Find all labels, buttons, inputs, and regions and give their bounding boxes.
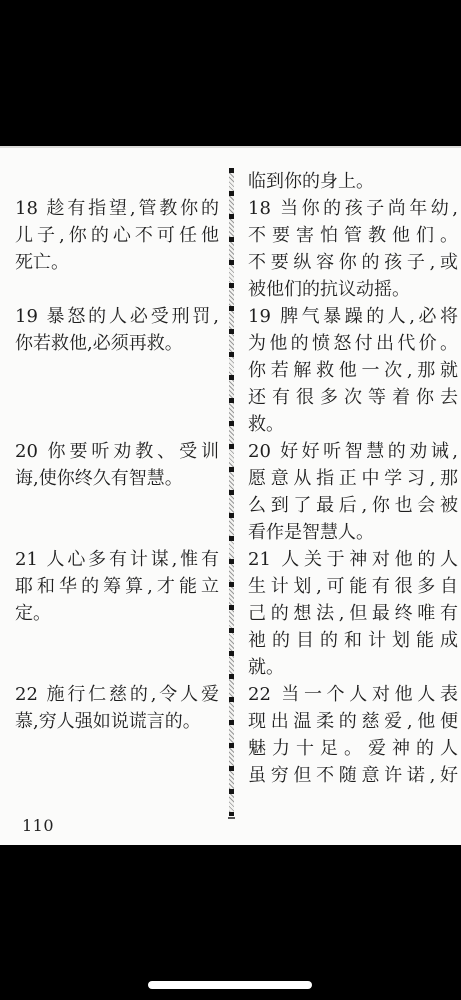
verse-row: 19 暴怒的人必受刑罚,你若救他,必须再救。19 脾气暴躁的人,必将为他的愤怒付… — [15, 303, 461, 438]
text-line: 22 当一个人对他人表 — [248, 681, 458, 708]
verse-cell-right: 22 当一个人对他人表现出温柔的慈爱,他便魅力十足。爱神的人虽穷但不随意许诺,好 — [248, 681, 458, 789]
verse-cell-left: 21 人心多有计谋,惟有耶和华的筹算,才能立定。 — [15, 546, 219, 681]
text-line: 21 人心多有计谋,惟有 — [15, 546, 219, 573]
verse-cell-left: 19 暴怒的人必受刑罚,你若救他,必须再救。 — [15, 303, 219, 438]
text-line: 19 暴怒的人必受刑罚, — [15, 303, 219, 330]
verse-cell-right: 临到你的身上。 — [248, 168, 458, 195]
verse-cell-left: 18 趁有指望,管教你的儿子,你的心不可任他死亡。 — [15, 195, 219, 303]
verse-row: 21 人心多有计谋,惟有耶和华的筹算,才能立定。21 人关于神对他的人生计划,可… — [15, 546, 461, 681]
verse-row: 临到你的身上。 — [15, 168, 461, 195]
text-line: 19 脾气暴躁的人,必将 — [248, 303, 458, 330]
text-line: 己的想法,但最终唯有 — [248, 600, 458, 627]
text-line: 21 人关于神对他的人 — [248, 546, 458, 573]
text-line: 现出温柔的慈爱,他便 — [248, 708, 458, 735]
top-letterbox — [0, 0, 461, 146]
verse-cell-right: 20 好好听智慧的劝诫,愿意从指正中学习,那么到了最后,你也会被看作是智慧人。 — [248, 438, 458, 546]
text-line: 临到你的身上。 — [248, 168, 458, 195]
verse-row: 20 你要听劝教、受训诲,使你终久有智慧。20 好好听智慧的劝诫,愿意从指正中学… — [15, 438, 461, 546]
text-line: 慕,穷人强如说谎言的。 — [15, 708, 219, 735]
text-line: 还有很多次等着你去 — [248, 384, 458, 411]
text-line: 22 施行仁慈的,令人爱 — [15, 681, 219, 708]
text-line: 耶和华的筹算,才能立 — [15, 573, 219, 600]
home-indicator[interactable] — [148, 981, 312, 989]
text-line: 被他们的抗议动摇。 — [248, 276, 458, 303]
book-page: 临到你的身上。18 趁有指望,管教你的儿子,你的心不可任他死亡。18 当你的孩子… — [0, 146, 461, 845]
text-line: 祂的目的和计划能成 — [248, 627, 458, 654]
text-line: 死亡。 — [15, 249, 219, 276]
text-line: 虽穷但不随意许诺,好 — [248, 762, 458, 789]
verse-cell-left: 20 你要听劝教、受训诲,使你终久有智慧。 — [15, 438, 219, 546]
verse-cell-right: 21 人关于神对他的人生计划,可能有很多自己的想法,但最终唯有祂的目的和计划能成… — [248, 546, 458, 681]
text-line: 愿意从指正中学习,那 — [248, 465, 458, 492]
text-line: 生计划,可能有很多自 — [248, 573, 458, 600]
text-line: 么到了最后,你也会被 — [248, 492, 458, 519]
text-line: 不要纵容你的孩子,或 — [248, 249, 458, 276]
text-line: 为他的愤怒付出代价。 — [248, 330, 458, 357]
verse-cell-right: 18 当你的孩子尚年幼,不要害怕管教他们。不要纵容你的孩子,或被他们的抗议动摇。 — [248, 195, 458, 303]
text-line: 18 趁有指望,管教你的 — [15, 195, 219, 222]
verse-cell-right: 19 脾气暴躁的人,必将为他的愤怒付出代价。你若解救他一次,那就还有很多次等着你… — [248, 303, 458, 438]
text-line: 定。 — [15, 600, 219, 627]
text-line: 你若救他,必须再救。 — [15, 330, 219, 357]
text-line: 你若解救他一次,那就 — [248, 357, 458, 384]
text-line: 诲,使你终久有智慧。 — [15, 465, 219, 492]
text-line: 就。 — [248, 654, 458, 681]
text-line: 不要害怕管教他们。 — [248, 222, 458, 249]
text-line: 20 好好听智慧的劝诫, — [248, 438, 458, 465]
column-divider-ornament — [229, 168, 234, 816]
text-line: 儿子,你的心不可任他 — [15, 222, 219, 249]
text-line: 20 你要听劝教、受训 — [15, 438, 219, 465]
verse-cell-left — [15, 168, 219, 195]
text-line: 救。 — [248, 411, 458, 438]
page-number: 110 — [22, 816, 54, 835]
text-line: 魅力十足。爱神的人 — [248, 735, 458, 762]
text-line: 看作是智慧人。 — [248, 519, 458, 546]
phone-screen: 临到你的身上。18 趁有指望,管教你的儿子,你的心不可任他死亡。18 当你的孩子… — [0, 0, 461, 1000]
verse-cell-left: 22 施行仁慈的,令人爱慕,穷人强如说谎言的。 — [15, 681, 219, 789]
verse-row: 22 施行仁慈的,令人爱慕,穷人强如说谎言的。22 当一个人对他人表现出温柔的慈… — [15, 681, 461, 789]
verse-row: 18 趁有指望,管教你的儿子,你的心不可任他死亡。18 当你的孩子尚年幼,不要害… — [15, 195, 461, 303]
text-line: 18 当你的孩子尚年幼, — [248, 195, 458, 222]
bottom-letterbox — [0, 845, 461, 1000]
